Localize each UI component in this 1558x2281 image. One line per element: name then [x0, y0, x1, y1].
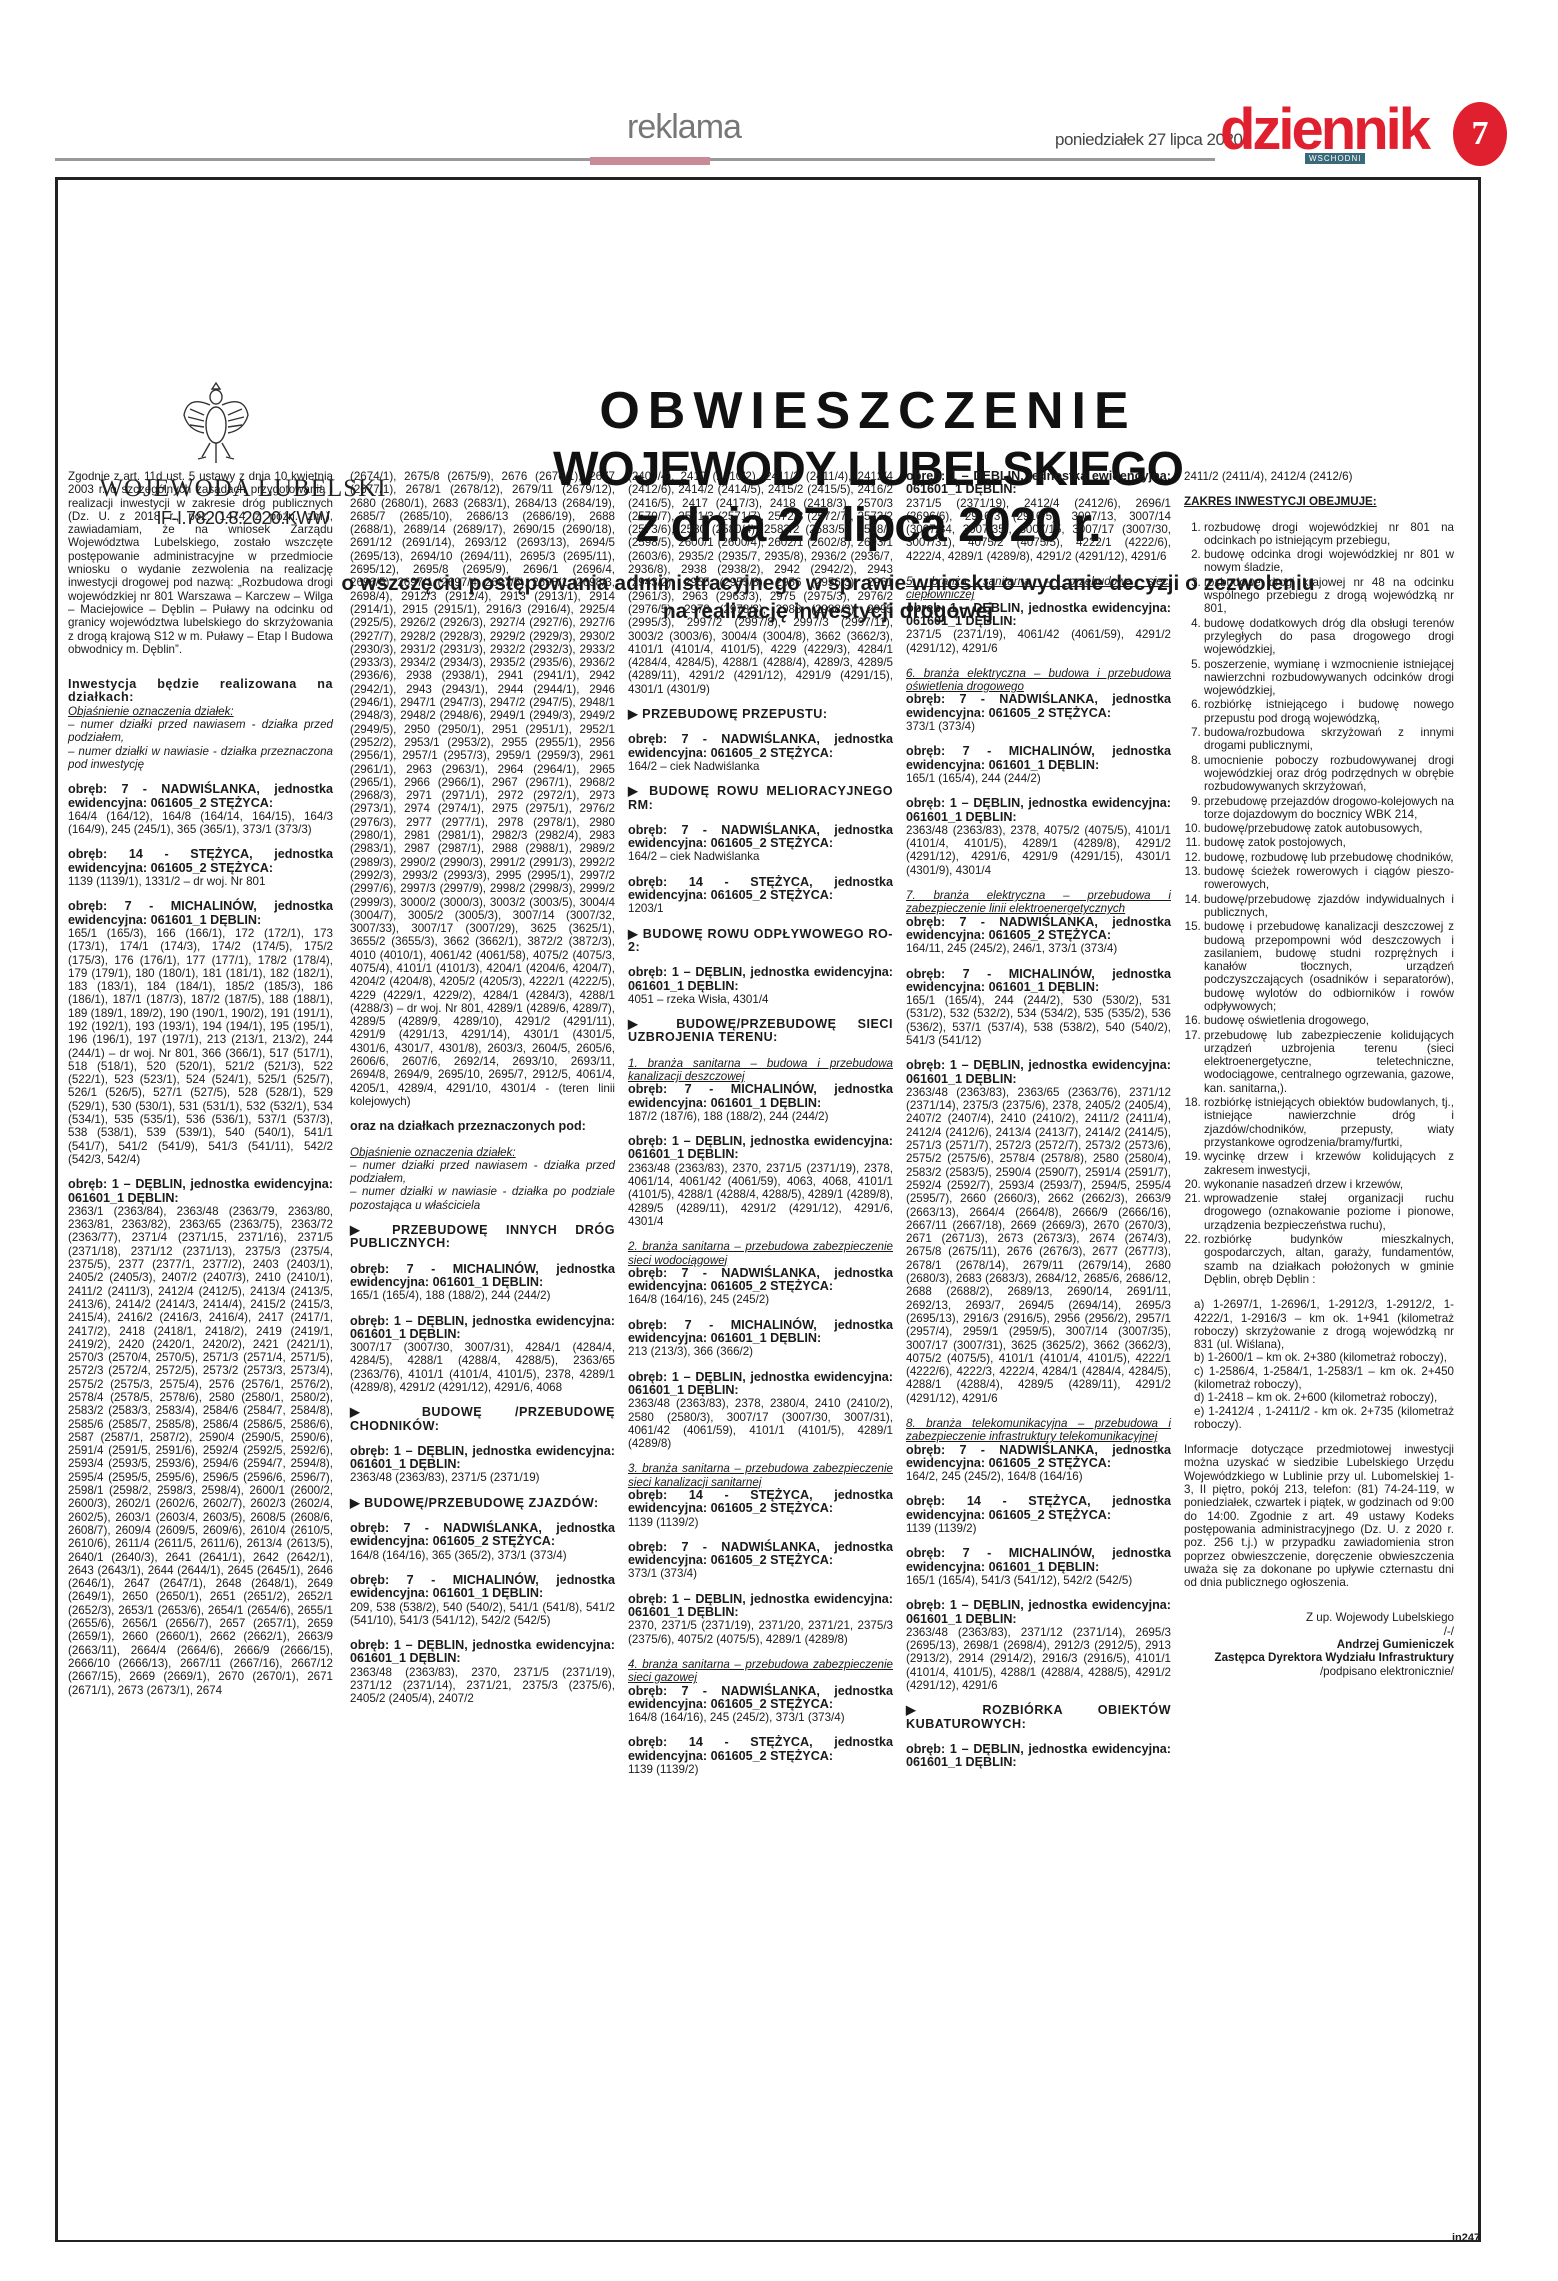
works-heading: ▶ BUDOWĘ /PRZEBUDOWĘ CHODNIKÓW: [350, 1406, 615, 1433]
parcel-list: 213 (213/3), 366 (366/2) [628, 1345, 893, 1358]
column-1: Zgodnie z art. 11d ust. 5 ustawy z dnia … [68, 470, 333, 1709]
parcel-list: 165/1 (165/4), 188 (188/2), 244 (244/2) [350, 1289, 615, 1302]
scope-item: rozbiórkę budynków mieszkalnych, gospoda… [1204, 1233, 1454, 1286]
precinct-heading: obręb: 7 - MICHALINÓW, jednostka ewidenc… [906, 968, 1171, 995]
scope-item: rozbiórkę istniejących obiektów budowlan… [1204, 1096, 1454, 1149]
precinct-heading: obręb: 7 - NADWIŚLANKA, jednostka ewiden… [68, 783, 333, 810]
trade-heading: 7. branża elektryczna – przebudowa i zab… [906, 889, 1171, 916]
legend-item: – numer działki w nawiasie - działka po … [350, 1185, 615, 1212]
parcels-heading: Inwestycja będzie realizowana na działka… [68, 678, 333, 705]
parcel-list: (2674/1), 2675/8 (2675/9), 2676 (2676/1)… [350, 470, 615, 1108]
precinct-heading: obręb: 14 - STĘŻYCA, jednostka ewidencyj… [628, 1736, 893, 1763]
scope-item: budowę, rozbudowę lub przebudowę chodnik… [1204, 851, 1454, 864]
scope-item: wprowadzenie stałej organizacji ruchu dr… [1204, 1192, 1454, 1232]
trade-heading: 5. branża sanitarna – przebudowa sieci c… [906, 575, 1171, 602]
page-header: reklama poniedziałek 27 lipca 2020 dzien… [55, 100, 1495, 180]
parcel-list: 373/1 (373/4) [906, 720, 1171, 733]
issue-date: poniedziałek 27 lipca 2020 [1055, 130, 1242, 150]
precinct-heading: obręb: 7 - MICHALINÓW, jednostka ewidenc… [906, 745, 1171, 772]
precinct-heading: obręb: 1 – DĘBLIN, jednostka ewidencyjna… [906, 1059, 1171, 1086]
precinct-heading: obręb: 7 - NADWIŚLANKA, jednostka ewiden… [628, 1685, 893, 1712]
scope-item: budowę odcinka drogi wojewódzkiej nr 801… [1204, 548, 1454, 575]
legend-item: – numer działki przed nawiasem - działka… [350, 1159, 615, 1186]
scope-heading: ZAKRES INWESTYCJI OBEJMUJE: [1184, 495, 1454, 508]
parcel-list: 1203/1 [628, 902, 893, 915]
scope-item: umocnienie poboczy rozbudowywanej drogi … [1204, 754, 1454, 794]
precinct-heading: obręb: 7 - MICHALINÓW, jednostka ewidenc… [350, 1263, 615, 1290]
precinct-heading: obręb: 7 - NADWIŚLANKA, jednostka ewiden… [628, 1267, 893, 1294]
parcel-list: 164/2, 245 (245/2), 164/8 (164/16) [906, 1470, 1171, 1483]
precinct-heading: obręb: 1 – DĘBLIN, jednostka ewidencyjna… [628, 1593, 893, 1620]
signature-block: Z up. Wojewody Lubelskiego /-/ Andrzej G… [1184, 1611, 1454, 1677]
trade-heading: 4. branża sanitarna – przebudowa zabezpi… [628, 1658, 893, 1685]
ad-code: in247 [1452, 2232, 1480, 2244]
precinct-heading: obręb: 7 - NADWIŚLANKA, jednostka ewiden… [906, 916, 1171, 943]
parcel-list: 1139 (1139/2) [628, 1763, 893, 1776]
precinct-heading: obręb: 1 – DĘBLIN, jednostka ewidencyjna… [906, 602, 1171, 629]
parcel-list: (2407/4), 2410 (2410/2), 2411/2 (2411/4)… [628, 470, 893, 696]
parcel-list: 2370, 2371/5 (2371/19), 2371/20, 2371/21… [628, 1619, 893, 1646]
trade-heading: 8. branża telekomunikacyjna – przebudowa… [906, 1417, 1171, 1444]
parcel-list: 165/1 (165/4), 244 (244/2) [906, 772, 1171, 785]
precinct-heading: obręb: 1 – DĘBLIN, jednostka ewidencyjna… [906, 470, 1171, 497]
parcel-list: 1139 (1139/1), 1331/2 – dr woj. Nr 801 [68, 875, 333, 888]
precinct-heading: obręb: 14 - STĘŻYCA, jednostka ewidencyj… [628, 1489, 893, 1516]
sub-item: b) 1-2600/1 – km ok. 2+380 (kilometraż r… [1194, 1351, 1454, 1364]
parcel-list: 373/1 (373/4) [628, 1567, 893, 1580]
column-2: (2674/1), 2675/8 (2675/9), 2676 (2676/1)… [350, 470, 615, 1718]
precinct-heading: obręb: 14 - STĘŻYCA, jednostka ewidencyj… [68, 848, 333, 875]
parcel-list: 164/11, 245 (245/2), 246/1, 373/1 (373/4… [906, 942, 1171, 955]
parcel-list: 164/2 – ciek Nadwiślanka [628, 850, 893, 863]
signature-note: /podpisano elektronicznie/ [1184, 1665, 1454, 1678]
scope-list: rozbudowę drogi wojewódzkiej nr 801 na o… [1184, 521, 1454, 1287]
works-heading: ▶ BUDOWĘ/PRZEBUDOWĘ ZJAZDÓW: [350, 1497, 615, 1510]
signatory-name: Andrzej Gumieniczek [1184, 1638, 1454, 1651]
trade-heading: 6. branża elektryczna – budowa i przebud… [906, 667, 1171, 694]
parcel-list: 3007/17 (3007/30, 3007/31), 4284/1 (4284… [350, 1341, 615, 1394]
legend-title: Objaśnienie oznaczenia działek: [350, 1146, 615, 1159]
parcel-list: 2363/48 (2363/83), 2371/5 (2371/19) [350, 1471, 615, 1484]
precinct-heading: obręb: 7 - NADWIŚLANKA, jednostka ewiden… [906, 1444, 1171, 1471]
parcel-list: 164/8 (164/16), 245 (245/2) [628, 1293, 893, 1306]
notice-body: Zgodnie z art. 11d ust. 5 ustawy z dnia … [68, 470, 1468, 2220]
parcel-list: 2363/48 (2363/83), 2370, 2371/5 (2371/19… [628, 1162, 893, 1228]
sub-item: c) 1-2586/4, 1-2584/1, 1-2583/1 – km ok.… [1194, 1365, 1454, 1392]
sub-item: e) 1-2412/4 , 1-2411/2 - km ok. 2+735 (k… [1194, 1405, 1454, 1432]
precinct-heading: obręb: 1 – DĘBLIN, jednostka ewidencyjna… [906, 1599, 1171, 1626]
parcel-list: 4051 – rzeka Wisła, 4301/4 [628, 993, 893, 1006]
precinct-heading: obręb: 1 – DĘBLIN, jednostka ewidencyjna… [906, 797, 1171, 824]
scope-item: wykonanie nasadzeń drzew i krzewów, [1204, 1178, 1454, 1191]
parcel-list: 165/1 (165/4), 541/3 (541/12), 542/2 (54… [906, 1574, 1171, 1587]
parcel-list: 164/2 – ciek Nadwiślanka [628, 760, 893, 773]
parcel-list: 165/1 (165/3), 166 (166/1), 172 (172/1),… [68, 927, 333, 1166]
parcel-list: 209, 538 (538/2), 540 (540/2), 541/1 (54… [350, 1601, 615, 1628]
trade-heading: 2. branża sanitarna – przebudowa zabezpi… [628, 1240, 893, 1267]
works-heading: ▶ PRZEBUDOWĘ INNYCH DRÓG PUBLICZNYCH: [350, 1224, 615, 1251]
newspaper-logo: dziennik [1220, 100, 1428, 160]
intro-paragraph: Zgodnie z art. 11d ust. 5 ustawy z dnia … [68, 470, 333, 656]
legend-item: – numer działki w nawiasie - działka prz… [68, 745, 333, 772]
legend-title: Objaśnienie oznaczenia działek: [68, 705, 333, 718]
scope-item: budowę oświetlenia drogowego, [1204, 1014, 1454, 1027]
precinct-heading: obręb: 7 - MICHALINÓW, jednostka ewidenc… [350, 1574, 615, 1601]
precinct-heading: obręb: 1 – DĘBLIN, jednostka ewidencyjna… [628, 966, 893, 993]
scope-item: budowę i przebudowę kanalizacji deszczow… [1204, 920, 1454, 1013]
parcel-list: 2363/1 (2363/84), 2363/48 (2363/79, 2363… [68, 1205, 333, 1697]
precinct-heading: obręb: 7 - MICHALINÓW, jednostka ewidenc… [628, 1083, 893, 1110]
scope-item: rozbudowę drogi krajowej nr 48 na odcink… [1204, 576, 1454, 616]
trade-heading: 3. branża sanitarna – przebudowa zabezpi… [628, 1462, 893, 1489]
precinct-heading: obręb: 1 – DĘBLIN, jednostka ewidencyjna… [350, 1639, 615, 1666]
page-number-badge: 7 [1453, 102, 1507, 166]
scope-item: budowę/przebudowę zjazdów indywidualnych… [1204, 893, 1454, 920]
signature-on-behalf: Z up. Wojewody Lubelskiego [1184, 1611, 1454, 1624]
scope-item: budowę ścieżek rowerowych i ciągów piesz… [1204, 865, 1454, 892]
sub-item: d) 1-2418 – km ok. 2+600 (kilometraż rob… [1194, 1391, 1454, 1404]
scope-item: przebudowę przejazdów drogowo-kolejowych… [1204, 795, 1454, 822]
precinct-heading: obręb: 1 – DĘBLIN, jednostka ewidencyjna… [68, 1178, 333, 1205]
precinct-heading: obręb: 1 – DĘBLIN, jednostka ewidencyjna… [628, 1371, 893, 1398]
precinct-heading: obręb: 14 - STĘŻYCA, jednostka ewidencyj… [906, 1495, 1171, 1522]
parcel-list: 164/8 (164/16), 245 (245/2), 373/1 (373/… [628, 1711, 893, 1724]
precinct-heading: obręb: 7 - NADWIŚLANKA, jednostka ewiden… [628, 1541, 893, 1568]
sub-item: a) 1-2697/1, 1-2696/1, 1-2912/3, 1-2912/… [1194, 1298, 1454, 1351]
precinct-heading: obręb: 7 - MICHALINÓW, jednostka ewidenc… [68, 900, 333, 927]
demolition-sublist: a) 1-2697/1, 1-2696/1, 1-2912/3, 1-2912/… [1194, 1298, 1454, 1431]
works-heading: ▶ BUDOWĘ ROWU ODPŁYWOWEGO RO-2: [628, 928, 893, 955]
works-heading: ▶ BUDOWĘ ROWU MELIORACYJNEGO RM: [628, 785, 893, 812]
parcel-list: 187/2 (187/6), 188 (188/2), 244 (244/2) [628, 1110, 893, 1123]
works-heading: ▶ PRZEBUDOWĘ PRZEPUSTU: [628, 708, 893, 721]
parcel-list: 164/4 (164/12), 164/8 (164/14, 164/15), … [68, 810, 333, 837]
scope-item: rozbiórkę istniejącego i budowę nowego p… [1204, 698, 1454, 725]
parcel-list: 2371/5 (2371/19), 2412/4 (2412/6), 2696/… [906, 497, 1171, 563]
scope-item: wycinkę drzew i krzewów kolidujących z z… [1204, 1150, 1454, 1177]
parcel-list: 2363/48 (2363/83), 2371/12 (2371/14), 26… [906, 1626, 1171, 1692]
parcel-list: 2363/48 (2363/83), 2363/65 (2363/76), 23… [906, 1086, 1171, 1405]
precinct-heading: obręb: 1 – DĘBLIN, jednostka ewidencyjna… [350, 1315, 615, 1342]
parcel-list: 2371/5 (2371/19), 4061/42 (4061/59), 429… [906, 628, 1171, 655]
scope-item: rozbudowę drogi wojewódzkiej nr 801 na o… [1204, 521, 1454, 548]
precinct-heading: obręb: 14 - STĘŻYCA, jednostka ewidencyj… [628, 876, 893, 903]
works-heading: ▶ ROZBIÓRKA OBIEKTÓW KUBATUROWYCH: [906, 1704, 1171, 1731]
parcel-list: 1139 (1139/2) [906, 1522, 1171, 1535]
precinct-heading: obręb: 1 – DĘBLIN, jednostka ewidencyjna… [350, 1445, 615, 1472]
scope-item: budowę/przebudowę zatok autobusowych, [1204, 822, 1454, 835]
precinct-heading: obręb: 1 – DĘBLIN, jednostka ewidencyjna… [906, 1743, 1171, 1770]
precinct-heading: obręb: 7 - NADWIŚLANKA, jednostka ewiden… [628, 824, 893, 851]
scope-item: budowa/rozbudowa skrzyżowań z innymi dro… [1204, 726, 1454, 753]
scope-item: poszerzenie, wymianę i wzmocnienie istni… [1204, 658, 1454, 698]
section-heading: oraz na działkach przeznaczonych pod: [350, 1120, 615, 1133]
legend-item: – numer działki przed nawiasem - działka… [68, 718, 333, 745]
parcel-list: 164/8 (164/16), 365 (365/2), 373/1 (373/… [350, 1549, 615, 1562]
signatory-title: Zastępca Dyrektora Wydziału Infrastruktu… [1184, 1651, 1454, 1664]
title-line-1: OBWIESZCZENIE [458, 380, 1278, 442]
eagle-emblem-icon [176, 375, 256, 475]
newspaper-logo-sub: WSCHODNI [1305, 153, 1365, 164]
parcel-list: 2411/2 (2411/4), 2412/4 (2412/6) [1184, 470, 1454, 483]
info-paragraph: Informacje dotyczące przedmiotowej inwes… [1184, 1443, 1454, 1589]
section-label: reklama [627, 108, 741, 147]
precinct-heading: obręb: 7 - MICHALINÓW, jednostka ewidenc… [628, 1319, 893, 1346]
precinct-heading: obręb: 7 - NADWIŚLANKA, jednostka ewiden… [906, 693, 1171, 720]
precinct-heading: obręb: 1 – DĘBLIN, jednostka ewidencyjna… [628, 1135, 893, 1162]
parcel-list: 2363/48 (2363/83), 2378, 4075/2 (4075/5)… [906, 824, 1171, 877]
column-4: obręb: 1 – DĘBLIN, jednostka ewidencyjna… [906, 470, 1171, 1770]
trade-heading: 1. branża sanitarna – budowa i przebudow… [628, 1057, 893, 1084]
parcel-list: 165/1 (165/4), 244 (244/2), 530 (530/2),… [906, 994, 1171, 1047]
header-rule-accent [590, 157, 710, 165]
precinct-heading: obręb: 7 - NADWIŚLANKA, jednostka ewiden… [628, 733, 893, 760]
column-3: (2407/4), 2410 (2410/2), 2411/2 (2411/4)… [628, 470, 893, 1788]
signature-mark: /-/ [1184, 1625, 1454, 1638]
parcel-list: 2363/48 (2363/83), 2370, 2371/5 (2371/19… [350, 1666, 615, 1706]
works-heading: ▶ BUDOWĘ/PRZEBUDOWĘ SIECI UZBROJENIA TER… [628, 1018, 893, 1045]
scope-item: budowę zatok postojowych, [1204, 836, 1454, 849]
parcel-list: 2363/48 (2363/83), 2378, 2380/4, 2410 (2… [628, 1397, 893, 1450]
scope-item: budowę dodatkowych dróg dla obsługi tere… [1204, 617, 1454, 657]
column-5: 2411/2 (2411/4), 2412/4 (2412/6) ZAKRES … [1184, 470, 1454, 1678]
precinct-heading: obręb: 7 - NADWIŚLANKA, jednostka ewiden… [350, 1522, 615, 1549]
scope-item: przebudowę lub zabezpieczenie kolidujący… [1204, 1029, 1454, 1095]
parcel-list: 1139 (1139/2) [628, 1516, 893, 1529]
precinct-heading: obręb: 7 - MICHALINÓW, jednostka ewidenc… [906, 1547, 1171, 1574]
